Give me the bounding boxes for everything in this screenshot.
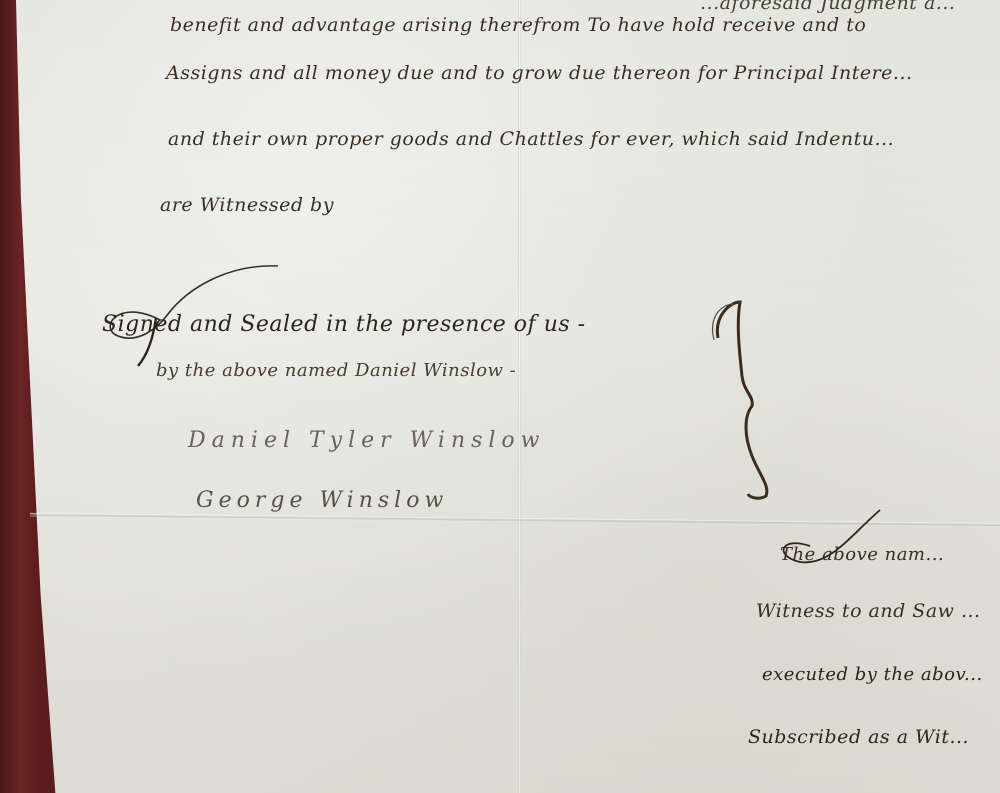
body-line-1: benefit and advantage arising therefrom … [170, 14, 866, 36]
right-line-1: The above nam... [780, 544, 944, 565]
vertical-fold-crease [518, 0, 521, 793]
right-line-2: Witness to and Saw ... [756, 600, 981, 622]
right-line-4: Subscribed as a Wit... [748, 726, 969, 748]
witness-signature-1: Daniel Tyler Winslow [188, 428, 546, 453]
body-line-4: are Witnessed by [160, 194, 334, 216]
right-line-3: executed by the abov... [762, 664, 983, 685]
body-line-2: Assigns and all money due and to grow du… [166, 62, 913, 84]
attestation-line-1: Signed and Sealed in the presence of us … [102, 312, 586, 337]
attestation-line-2: by the above named Daniel Winslow - [156, 360, 516, 381]
witness-signature-2: George Winslow [196, 488, 448, 513]
body-line-3: and their own proper goods and Chattles … [168, 128, 894, 150]
body-line-0: ...aforesaid Judgment a... [700, 0, 955, 14]
curly-brace-icon [700, 296, 780, 510]
